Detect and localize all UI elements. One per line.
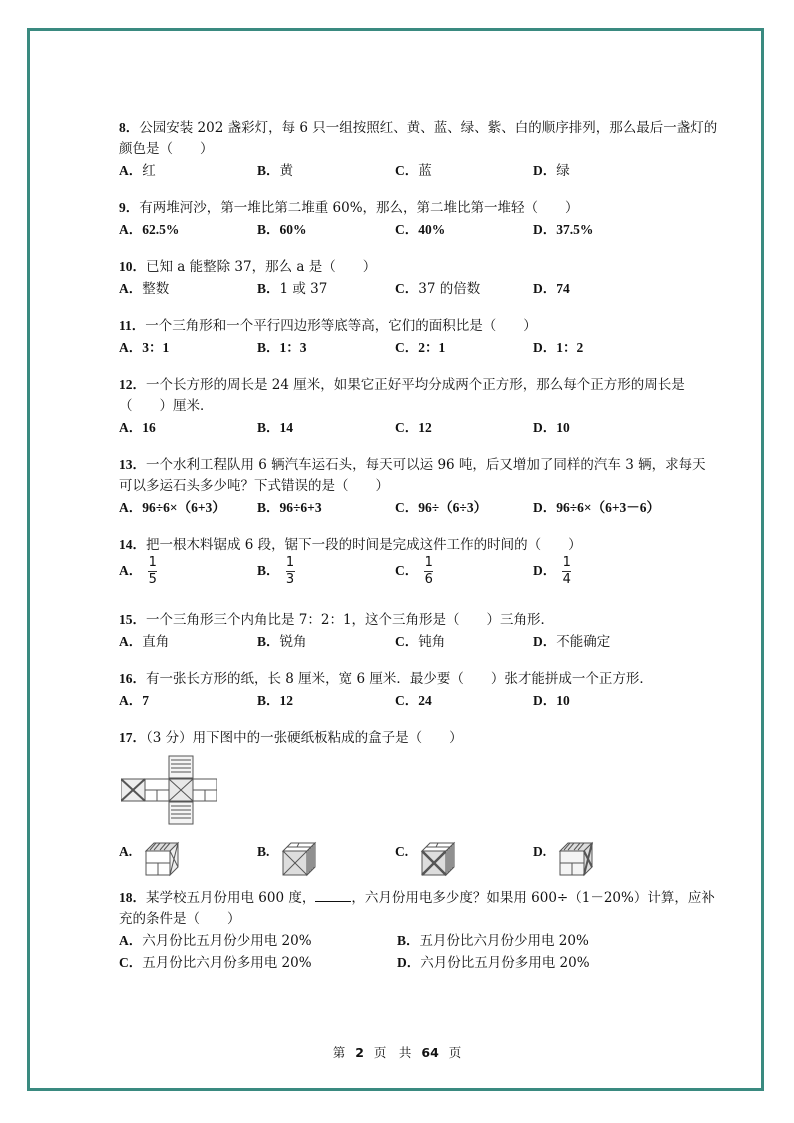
question-15: 15．一个三角形三个内角比是 7：2：1，这个三角形是（ ）三角形． A．直角 …: [119, 609, 719, 653]
question-stem: 18．某学校五月份用电 600 度，，六月份用电多少度？如果用 600÷（1－2…: [119, 887, 719, 930]
option-c: C．12: [395, 417, 533, 439]
option-d: D．74: [533, 278, 671, 300]
options-row: C．五月份比六月份多用电 20% D．六月份比五月份多用电 20%: [119, 952, 719, 974]
option-c: C．37 的倍数: [395, 278, 533, 300]
fraction: 13: [286, 556, 295, 587]
question-12: 12．一个长方形的周长是 24 厘米，如果它正好平均分成两个正方形，那么每个正方…: [119, 374, 719, 439]
cube-option-d-icon: [558, 841, 594, 877]
option-d: D．96÷6×（6+3－6）: [533, 497, 671, 519]
option-c: C．96÷（6÷3）: [395, 497, 533, 519]
question-8: 8．公园安装 202 盏彩灯，每 6 只一组按照红、黄、蓝、绿、紫、白的顺序排列…: [119, 117, 719, 182]
options-row: A．62.5% B．60% C．40% D．37.5%: [119, 219, 719, 241]
fraction: 14: [562, 556, 571, 587]
option-b: B.: [257, 841, 395, 877]
question-stem: 13．一个水利工程队用 6 辆汽车运石头，每天可以运 96 吨，后又增加了同样的…: [119, 454, 719, 497]
option-c: C．24: [395, 690, 533, 712]
option-a: A.: [119, 841, 257, 877]
options-row: A．96÷6×（6+3） B．96÷6+3 C．96÷（6÷3） D．96÷6×…: [119, 497, 719, 519]
options-row: A．16 B．14 C．12 D．10: [119, 417, 719, 439]
option-b: B．13: [257, 556, 395, 587]
option-a: A．15: [119, 556, 257, 587]
option-d: D．37.5%: [533, 219, 671, 241]
option-b: B．黄: [257, 160, 395, 182]
question-list: 8．公园安装 202 盏彩灯，每 6 只一组按照红、黄、蓝、绿、紫、白的顺序排列…: [119, 117, 719, 989]
option-a: A．整数: [119, 278, 257, 300]
option-c: C．五月份比六月份多用电 20%: [119, 952, 397, 974]
option-a: A．62.5%: [119, 219, 257, 241]
options-row: A. B.: [119, 841, 719, 883]
fraction: 16: [424, 556, 433, 587]
option-d: D.: [533, 841, 671, 877]
option-b: B．96÷6+3: [257, 497, 395, 519]
question-stem: 15．一个三角形三个内角比是 7：2：1，这个三角形是（ ）三角形．: [119, 609, 719, 631]
option-a: A．16: [119, 417, 257, 439]
question-18: 18．某学校五月份用电 600 度，，六月份用电多少度？如果用 600÷（1－2…: [119, 887, 719, 974]
question-10: 10．已知 a 能整除 37，那么 a 是（ ） A．整数 B．1 或 37 C…: [119, 256, 719, 300]
fraction: 15: [148, 556, 157, 587]
options-row: A．3：1 B．1：3 C．2：1 D．1：2: [119, 337, 719, 359]
question-stem: 17．（3 分）用下图中的一张硬纸板粘成的盒子是（ ）: [119, 727, 719, 749]
options-row: A．15 B．13 C．16 D．14: [119, 556, 719, 594]
question-stem: 9．有两堆河沙，第一堆比第二堆重 60%，那么，第二堆比第一堆轻（ ）: [119, 197, 719, 219]
options-row: A．7 B．12 C．24 D．10: [119, 690, 719, 712]
question-11: 11．一个三角形和一个平行四边形等底等高，它们的面积比是（ ） A．3：1 B．…: [119, 315, 719, 359]
option-c: C.: [395, 841, 533, 877]
option-d: D．10: [533, 417, 671, 439]
question-stem: 11．一个三角形和一个平行四边形等底等高，它们的面积比是（ ）: [119, 315, 719, 337]
option-c: C．2：1: [395, 337, 533, 359]
question-stem: 12．一个长方形的周长是 24 厘米，如果它正好平均分成两个正方形，那么每个正方…: [119, 374, 719, 417]
question-13: 13．一个水利工程队用 6 辆汽车运石头，每天可以运 96 吨，后又增加了同样的…: [119, 454, 719, 519]
question-stem: 8．公园安装 202 盏彩灯，每 6 只一组按照红、黄、蓝、绿、紫、白的顺序排列…: [119, 117, 719, 160]
question-16: 16．有一张长方形的纸，长 8 厘米，宽 6 厘米．最少要（ ）张才能拼成一个正…: [119, 668, 719, 712]
option-b: B．五月份比六月份少用电 20%: [397, 930, 675, 952]
question-stem: 10．已知 a 能整除 37，那么 a 是（ ）: [119, 256, 719, 278]
fill-in-blank: [315, 889, 351, 902]
option-c: C．蓝: [395, 160, 533, 182]
options-row: A．六月份比五月份少用电 20% B．五月份比六月份少用电 20%: [119, 930, 719, 952]
option-b: B．14: [257, 417, 395, 439]
option-c: C．16: [395, 556, 533, 587]
option-b: B．锐角: [257, 631, 395, 653]
question-9: 9．有两堆河沙，第一堆比第二堆重 60%，那么，第二堆比第一堆轻（ ） A．62…: [119, 197, 719, 241]
option-d: D．1：2: [533, 337, 671, 359]
option-d: D．14: [533, 556, 671, 587]
option-c: C．40%: [395, 219, 533, 241]
page-footer: 第 2 页 共 64 页: [0, 1043, 794, 1061]
cube-option-a-icon: [144, 841, 180, 877]
option-b: B．12: [257, 690, 395, 712]
option-b: B．60%: [257, 219, 395, 241]
option-a: A．六月份比五月份少用电 20%: [119, 930, 397, 952]
option-d: D．绿: [533, 160, 671, 182]
options-row: A．直角 B．锐角 C．钝角 D．不能确定: [119, 631, 719, 653]
option-a: A．7: [119, 690, 257, 712]
question-14: 14．把一根木料锯成 6 段，锯下一段的时间是完成这件工作的时间的（ ） A．1…: [119, 534, 719, 594]
total-pages: 64: [421, 1045, 438, 1060]
cube-option-b-icon: [281, 841, 317, 877]
option-d: D．10: [533, 690, 671, 712]
current-page: 2: [355, 1045, 364, 1060]
cube-net-icon: [121, 755, 217, 827]
cube-net-diagram: [121, 755, 719, 831]
cube-option-c-icon: [420, 841, 456, 877]
option-b: B．1 或 37: [257, 278, 395, 300]
option-a: A．3：1: [119, 337, 257, 359]
question-stem: 14．把一根木料锯成 6 段，锯下一段的时间是完成这件工作的时间的（ ）: [119, 534, 719, 556]
option-d: D．六月份比五月份多用电 20%: [397, 952, 675, 974]
option-d: D．不能确定: [533, 631, 671, 653]
options-row: A．红 B．黄 C．蓝 D．绿: [119, 160, 719, 182]
option-b: B．1：3: [257, 337, 395, 359]
question-stem: 16．有一张长方形的纸，长 8 厘米，宽 6 厘米．最少要（ ）张才能拼成一个正…: [119, 668, 719, 690]
option-c: C．钝角: [395, 631, 533, 653]
options-row: A．整数 B．1 或 37 C．37 的倍数 D．74: [119, 278, 719, 300]
option-a: A．直角: [119, 631, 257, 653]
question-17: 17．（3 分）用下图中的一张硬纸板粘成的盒子是（ ）: [119, 727, 719, 883]
option-a: A．红: [119, 160, 257, 182]
option-a: A．96÷6×（6+3）: [119, 497, 257, 519]
